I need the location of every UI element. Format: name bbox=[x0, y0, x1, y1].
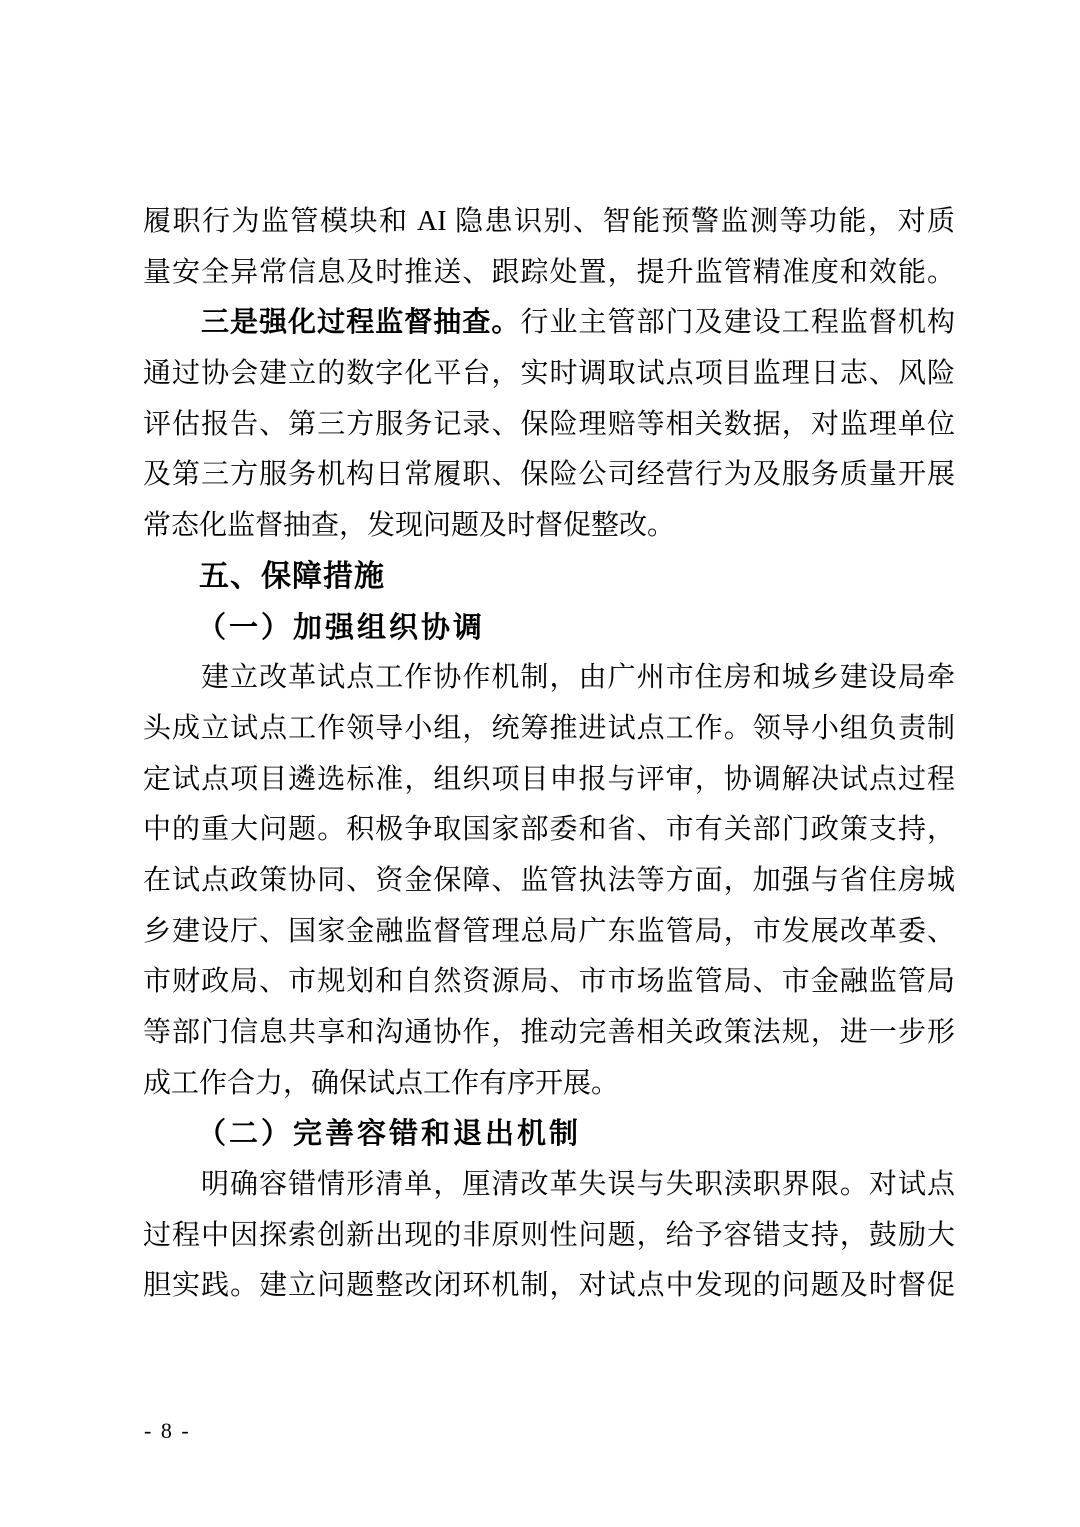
text-line: 成工作合力，确保试点工作有序开展。 bbox=[143, 1059, 955, 1110]
bold-lead-text: 三是强化过程监督抽查。 bbox=[201, 307, 520, 338]
text-line: 市财政局、市规划和自然资源局、市市场监管局、市金融监管局 bbox=[143, 957, 955, 1008]
subsection-heading: （一）加强组织协调 bbox=[143, 603, 955, 654]
text-line: 定试点项目遴选标准，组织项目申报与评审，协调解决试点过程 bbox=[143, 755, 955, 806]
text-line: 三是强化过程监督抽查。行业主管部门及建设工程监督机构 bbox=[143, 298, 955, 349]
text-line: 履职行为监管模块和 AI 隐患识别、智能预警监测等功能，对质 bbox=[143, 197, 955, 248]
text-line: 明确容错情形清单，厘清改革失误与失职渎职界限。对试点 bbox=[143, 1160, 955, 1211]
subsection-heading: （二）完善容错和退出机制 bbox=[143, 1109, 955, 1160]
text-line: 胆实践。建立问题整改闭环机制，对试点中发现的问题及时督促 bbox=[143, 1261, 955, 1312]
section-heading: 五、保障措施 bbox=[143, 552, 955, 603]
text-line: 常态化监督抽查，发现问题及时督促整改。 bbox=[143, 501, 955, 552]
text-line: 及第三方服务机构日常履职、保险公司经营行为及服务质量开展 bbox=[143, 450, 955, 501]
text-line: 通过协会建立的数字化平台，实时调取试点项目监理日志、风险 bbox=[143, 349, 955, 400]
text-line: 建立改革试点工作协作机制，由广州市住房和城乡建设局牵 bbox=[143, 653, 955, 704]
text-line: 量安全异常信息及时推送、跟踪处置，提升监管精准度和效能。 bbox=[143, 248, 955, 299]
document-body: 履职行为监管模块和 AI 隐患识别、智能预警监测等功能，对质量安全异常信息及时推… bbox=[143, 197, 955, 1312]
text-line: 乡建设厅、国家金融监督管理总局广东监管局，市发展改革委、 bbox=[143, 907, 955, 958]
text-line: 评估报告、第三方服务记录、保险理赔等相关数据，对监理单位 bbox=[143, 400, 955, 451]
page-number: - 8 - bbox=[144, 1415, 191, 1447]
text-line: 头成立试点工作领导小组，统筹推进试点工作。领导小组负责制 bbox=[143, 704, 955, 755]
text-line: 中的重大问题。积极争取国家部委和省、市有关部门政策支持， bbox=[143, 805, 955, 856]
text-line: 在试点政策协同、资金保障、监管执法等方面，加强与省住房城 bbox=[143, 856, 955, 907]
text-line: 等部门信息共享和沟通协作，推动完善相关政策法规，进一步形 bbox=[143, 1008, 955, 1059]
text-line: 过程中因探索创新出现的非原则性问题，给予容错支持，鼓励大 bbox=[143, 1211, 955, 1262]
document-page: 履职行为监管模块和 AI 隐患识别、智能预警监测等功能，对质量安全异常信息及时推… bbox=[0, 0, 1080, 1527]
